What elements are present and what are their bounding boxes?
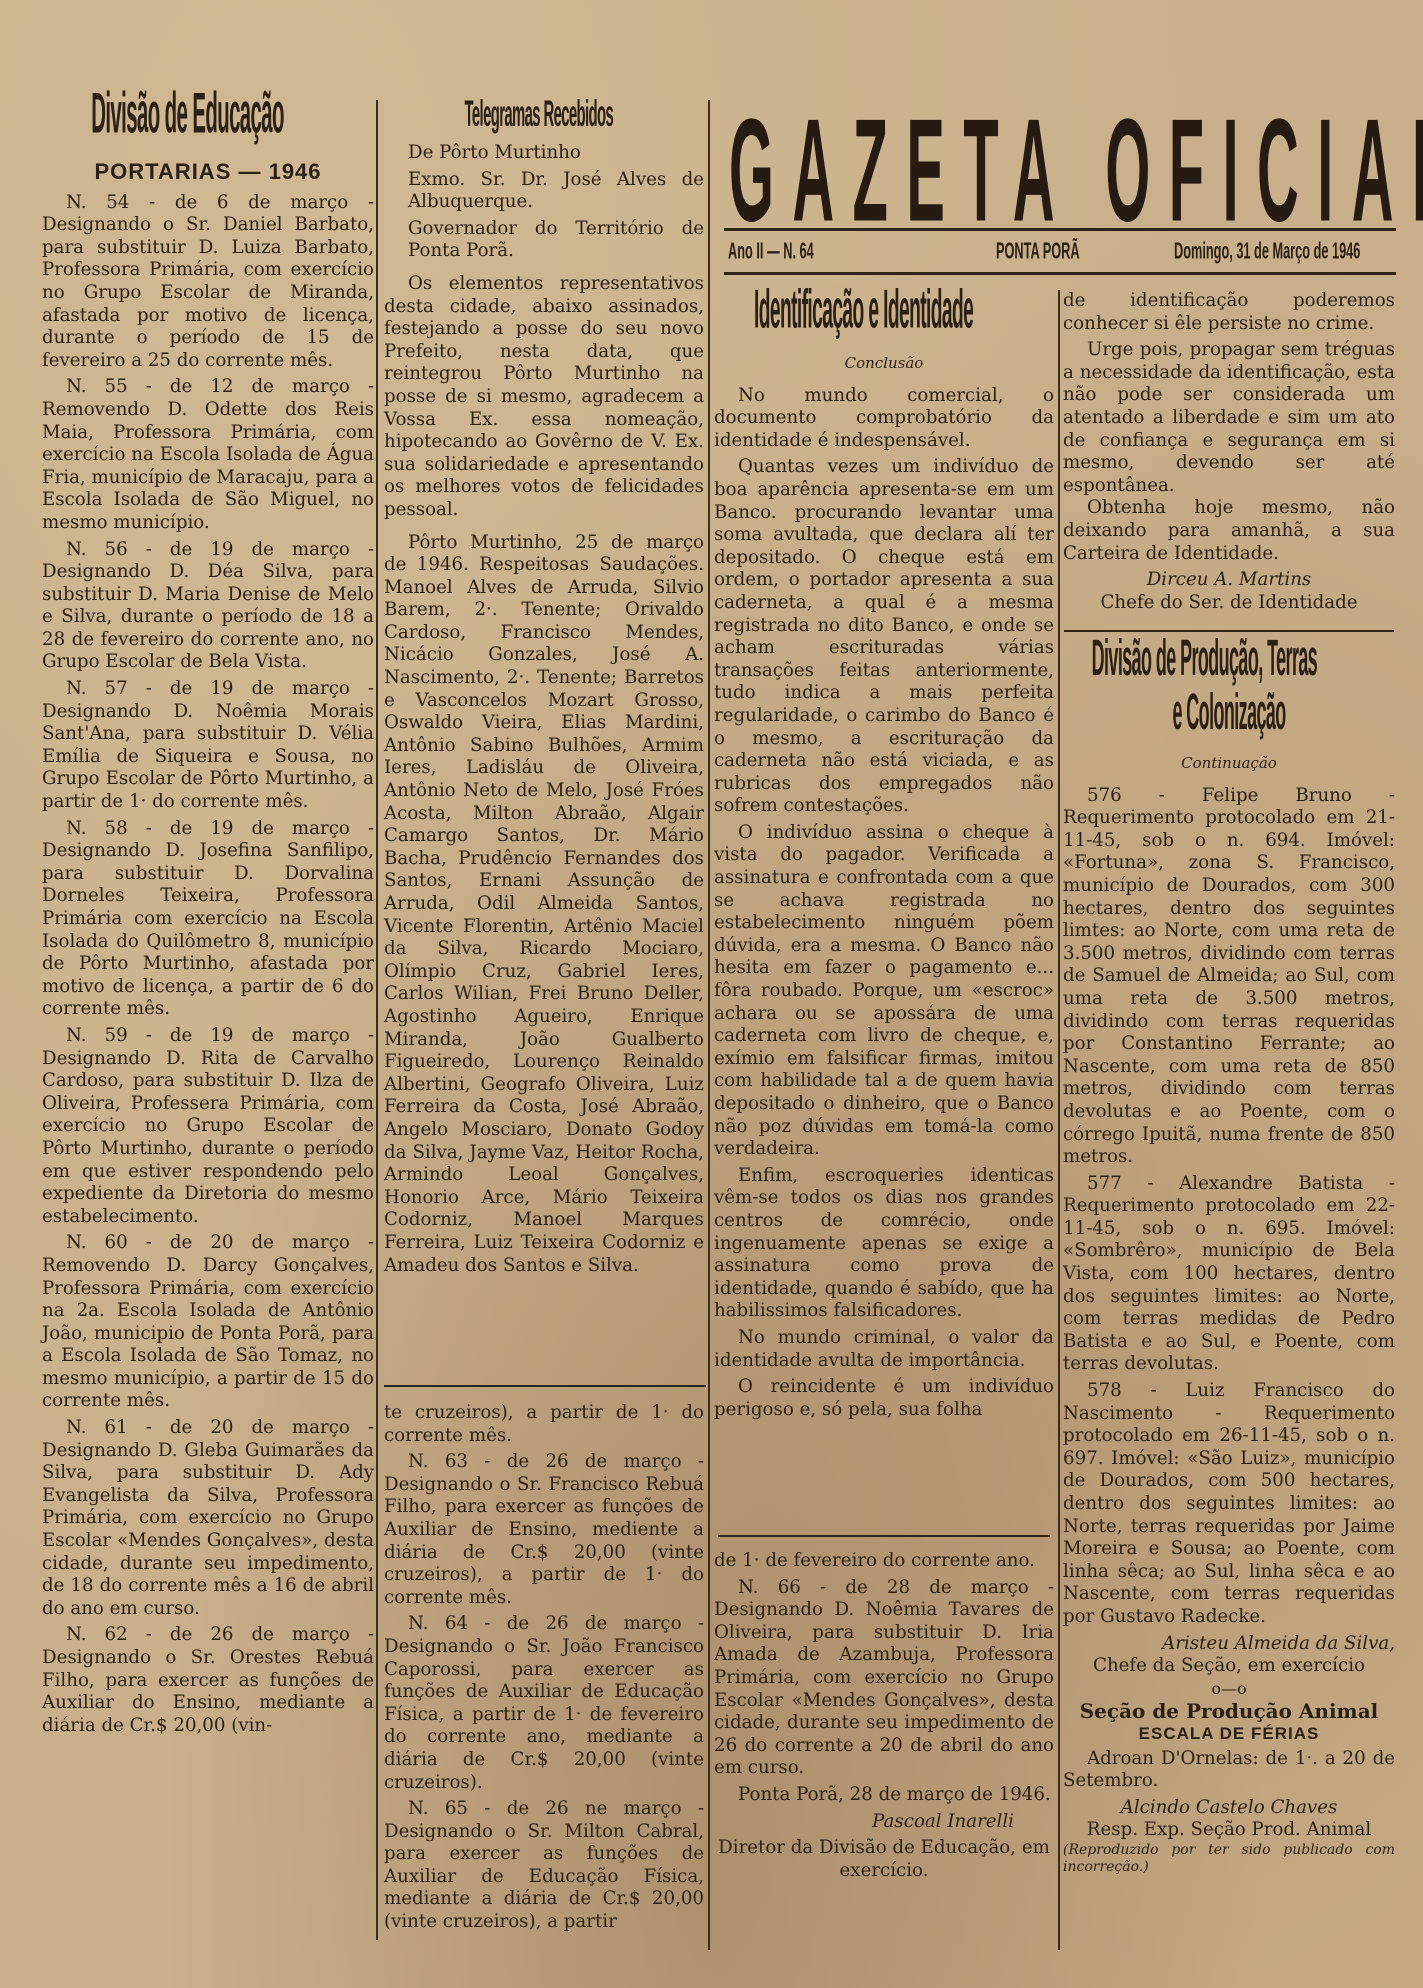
identification-para: No mundo criminal, o valor da identidade… (714, 1327, 1054, 1372)
portaria-57: N. 57 - de 19 de março - Designando D. N… (42, 678, 374, 814)
column-rule (708, 100, 710, 1950)
education-heading: Divisão de Educação (92, 95, 285, 133)
education-subheading: PORTARIAS — 1946 (42, 161, 374, 184)
portaria-61: N. 61 - de 20 de março - Designando D. G… (42, 1417, 374, 1620)
telegram-recipient: Exmo. Sr. Dr. José Alves de Albuquerque. (384, 169, 704, 214)
portaria-59: N. 59 - de 19 de março - Designando D. R… (42, 1025, 374, 1228)
education-continuation-2: de 1· de fevereiro do corrente ano. N. 6… (714, 1550, 1054, 1886)
identification-column: Identificação e Identidade Conclusão No … (714, 290, 1054, 1425)
education-signature-name: Pascoal Inarelli (714, 1811, 1054, 1834)
identification-para: No mundo comercial, o documento comproba… (714, 385, 1054, 453)
telegram-signatories: Pôrto Murtinho, 25 de março de 1946. Res… (384, 532, 704, 1278)
animal-vacation-entry: Adroan D'Ornelas: de 1·. a 20 de Setembr… (1063, 1748, 1395, 1793)
portaria-65: N. 65 - de 26 ne março - Designando o Sr… (384, 1798, 704, 1934)
education-column: Divisão de Educação PORTARIAS — 1946 N. … (42, 95, 374, 1741)
separator: o—o (1063, 1678, 1395, 1701)
portaria-60: N. 60 - de 20 de março - Removendo D. Da… (42, 1232, 374, 1413)
portaria-62-cont: te cruzeiros), a partir de 1· do corrent… (384, 1402, 704, 1447)
animal-heading: Seção de Produção Animal (1063, 1700, 1395, 1723)
portaria-64: N. 64 - de 26 de março - Designando o Sr… (384, 1613, 704, 1794)
identification-para: O reincidente é um indivíduo perigoso e,… (714, 1376, 1054, 1421)
animal-signature-title: Resp. Exp. Seção Prod. Animal (1063, 1819, 1395, 1842)
correction-note: (Reproduzido por ter sido publicado com … (1063, 1842, 1395, 1876)
identification-subheading: Conclusão (714, 352, 1054, 375)
masthead-rule-bottom (724, 272, 1396, 275)
identification-continuation: de identificação poderemos conhecer si ê… (1063, 290, 1395, 618)
dateline: Ano II — N. 64 PONTA PORÃ Domingo, 31 de… (726, 232, 1396, 266)
telegram-from: De Pôrto Murtinho (384, 142, 704, 165)
requerimento-577: 577 - Alexandre Batista - Requerimento p… (1063, 1173, 1395, 1376)
identification-heading: Identificação e Identidade (754, 290, 973, 328)
education-signature-title: Diretor da Divisão de Educação, em exerc… (714, 1837, 1054, 1882)
telegrams-column: Telegramas Recebidos De Pôrto Murtinho E… (384, 98, 704, 1281)
portaria-65-cont: de 1· de fevereiro do corrente ano. (714, 1550, 1054, 1573)
production-heading-line1: Divisão de Produção, Terras (1092, 640, 1318, 676)
portaria-63: N. 63 - de 26 de março - Designando o Sr… (384, 1451, 704, 1609)
column-rule (376, 100, 378, 1940)
identification-signature-title: Chefe do Ser. de Identidade (1063, 592, 1395, 615)
identification-para: Obtenha hoje mesmo, não deixando para am… (1063, 497, 1395, 565)
requerimento-576: 576 - Felipe Bruno - Requerimento protoc… (1063, 785, 1395, 1169)
telegrams-heading: Telegramas Recebidos (465, 98, 614, 133)
production-subheading: Continuação (1063, 752, 1395, 775)
identification-para: de identificação poderemos conhecer si ê… (1063, 290, 1395, 335)
production-signature-name: Aristeu Almeida da Silva, (1063, 1633, 1395, 1656)
animal-subheading: ESCALA DE FÉRIAS (1063, 1723, 1395, 1746)
city: PONTA PORÃ (996, 238, 1080, 265)
identification-signature-name: Dirceu A. Martins (1063, 569, 1395, 592)
animal-signature-name: Alcindo Castelo Chaves (1063, 1797, 1395, 1820)
masthead-rule-top (724, 228, 1396, 231)
requerimento-578: 578 - Luiz Francisco do Nascimento - Req… (1063, 1380, 1395, 1629)
education-continuation-1: te cruzeiros), a partir de 1· do corrent… (384, 1402, 704, 1938)
issue-number: Ano II — N. 64 (728, 238, 814, 265)
telegram-body: Os elementos representativos desta cidad… (384, 273, 704, 522)
education-closing-date: Ponta Porã, 28 de março de 1946. (714, 1784, 1054, 1807)
production-column: Divisão de Produção, Terras e Colonizaçã… (1063, 640, 1395, 1880)
portaria-54: N. 54 - de 6 de março - Designando o Sr.… (42, 192, 374, 373)
portaria-58: N. 58 - de 19 de março - Designando D. J… (42, 818, 374, 1021)
portaria-56: N. 56 - de 19 de março - Designando D. D… (42, 539, 374, 675)
production-signature-title: Chefe da Seção, em exercício (1063, 1655, 1395, 1678)
identification-para: Urge pois, propagar sem tréguas a necess… (1063, 339, 1395, 497)
portaria-66: N. 66 - de 28 de março - Designando D. N… (714, 1577, 1054, 1780)
masthead: GAZETA OFICIAL (725, 92, 1395, 222)
identification-para: O indivíduo assina o cheque à vista do p… (714, 822, 1054, 1161)
identification-para: Enfim, escroqueries identicas vêm-se tod… (714, 1165, 1054, 1323)
section-divider (718, 1535, 1050, 1537)
section-divider (384, 1385, 706, 1387)
portaria-62: N. 62 - de 26 de março - Designando o Sr… (42, 1624, 374, 1737)
production-heading-line2: e Colonização (1172, 694, 1285, 730)
issue-date: Domingo, 31 de Março de 1946 (1174, 238, 1360, 265)
portaria-55: N. 55 - de 12 de março - Removendo D. Od… (42, 376, 374, 534)
column-rule (1058, 290, 1060, 1950)
telegram-recipient-title: Governador do Território de Ponta Porã. (384, 218, 704, 263)
identification-para: Quantas vezes um indivíduo de boa aparên… (714, 456, 1054, 818)
